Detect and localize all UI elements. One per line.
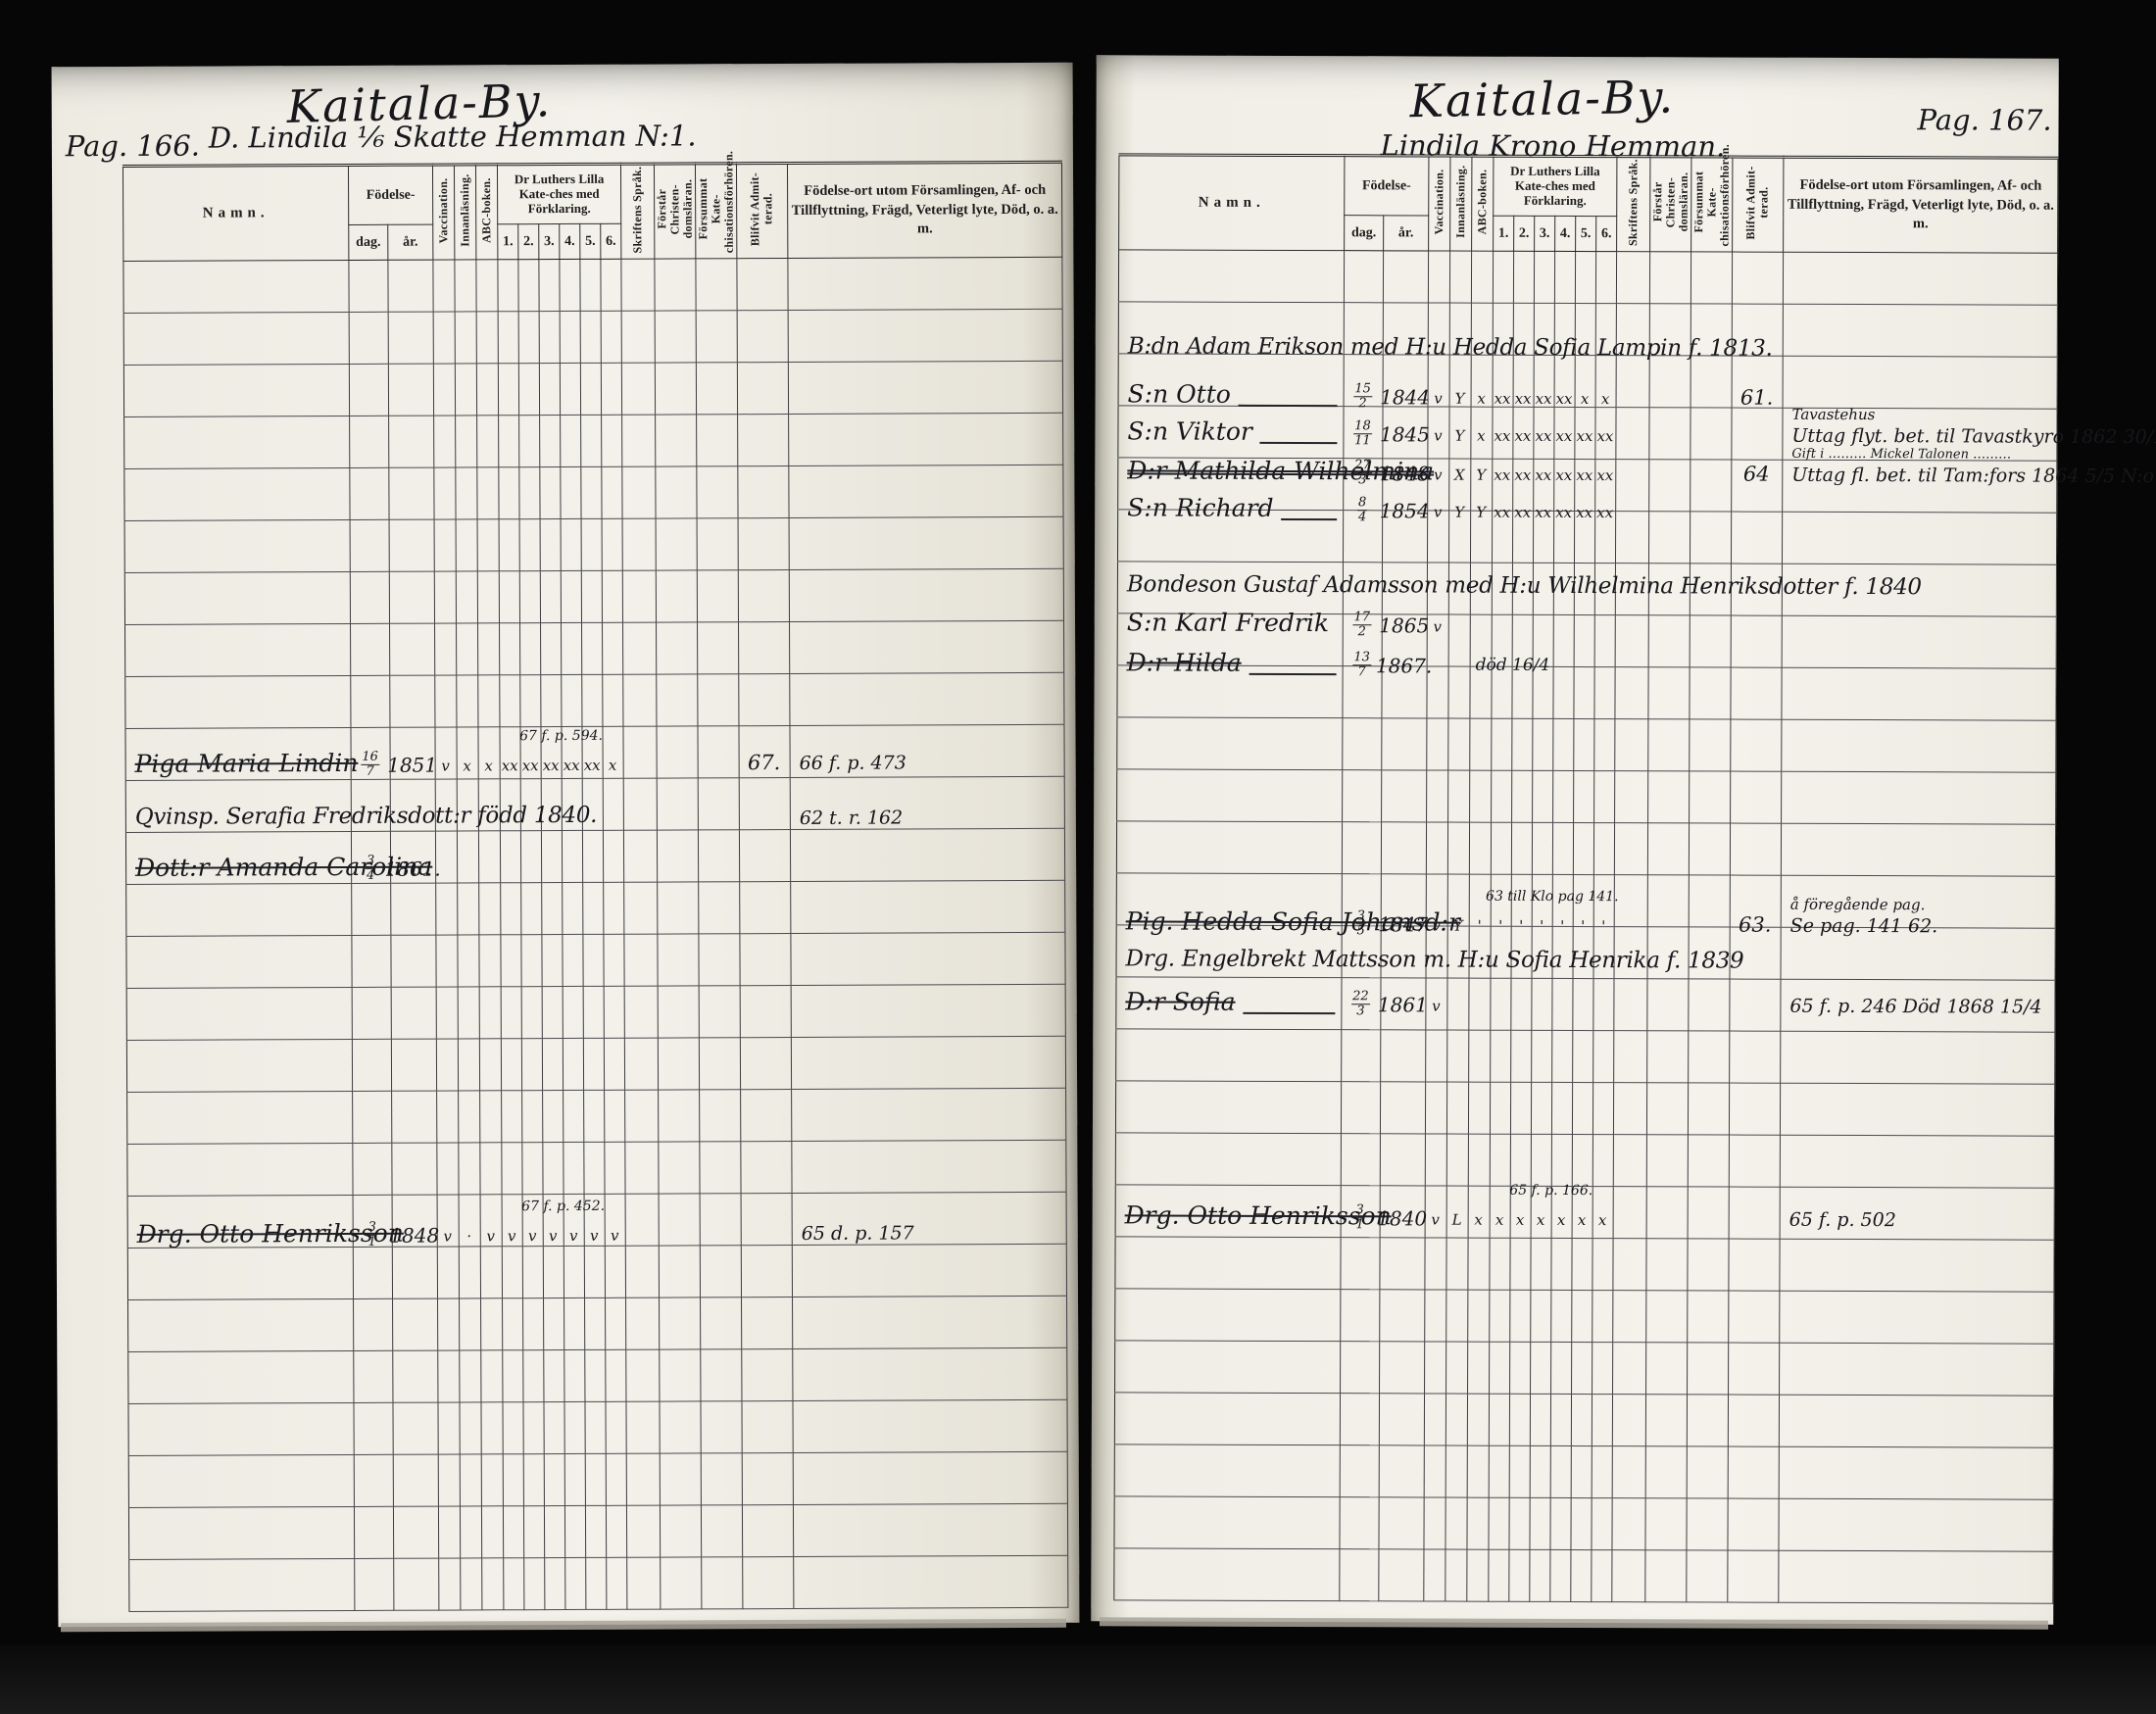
table-row bbox=[127, 1244, 1066, 1299]
grid-cell bbox=[523, 1454, 544, 1506]
grid-cell bbox=[518, 260, 539, 312]
grid-cell bbox=[603, 674, 623, 726]
grid-cell bbox=[1730, 1031, 1781, 1083]
grid-cell bbox=[391, 987, 436, 1039]
entry-kat-note: 67 f. p. 452. bbox=[521, 1200, 605, 1215]
grid-cell bbox=[476, 260, 498, 312]
grid-cell bbox=[738, 415, 789, 466]
grid-cell bbox=[606, 1349, 626, 1401]
grid-cell bbox=[563, 934, 583, 986]
grid-cell bbox=[127, 1247, 353, 1299]
grid-cell bbox=[392, 1247, 437, 1298]
grid-cell bbox=[1690, 512, 1732, 563]
grid-cell bbox=[128, 1506, 354, 1559]
grid-cell bbox=[659, 1142, 700, 1194]
grid-cell bbox=[1468, 1082, 1490, 1134]
grid-cell bbox=[1646, 1291, 1688, 1343]
forstar-label: Förstår Christen-domsläran. bbox=[656, 165, 695, 253]
grid-cell bbox=[1779, 1498, 2053, 1551]
grid-cell bbox=[699, 882, 740, 934]
grid-cell bbox=[742, 1348, 793, 1400]
grid-cell bbox=[502, 1247, 522, 1298]
grid-cell bbox=[701, 1401, 742, 1453]
grid-cell bbox=[124, 519, 350, 572]
grid-cell bbox=[738, 466, 789, 518]
grid-cell bbox=[1533, 718, 1553, 770]
grid-cell bbox=[737, 363, 788, 415]
grid-cell bbox=[565, 1557, 586, 1609]
grid-cell bbox=[585, 1401, 606, 1453]
grid-cell bbox=[439, 1558, 461, 1610]
grid-cell bbox=[657, 726, 698, 778]
blifvit-label: Blifvit Admit-terad. bbox=[1745, 159, 1772, 247]
grid-cell bbox=[743, 1556, 794, 1608]
grid-cell bbox=[1115, 1237, 1341, 1290]
grid-cell bbox=[520, 831, 541, 883]
grid-cell bbox=[627, 1505, 661, 1557]
grid-cell bbox=[1426, 1030, 1447, 1082]
grid-cell bbox=[561, 570, 581, 622]
grid-cell bbox=[436, 883, 458, 935]
grid-cell bbox=[699, 934, 740, 986]
handwritten-overlay-left: Piga Maria Lindin1671851vxxxxxxxxxxxxx67… bbox=[52, 63, 1073, 68]
grid-cell bbox=[126, 883, 352, 936]
grid-cell bbox=[543, 1091, 563, 1143]
entry-mark: x bbox=[1537, 1212, 1545, 1229]
grid-cell bbox=[657, 778, 698, 830]
grid-cell bbox=[1426, 822, 1447, 874]
grid-cell bbox=[460, 1298, 481, 1350]
grid-cell bbox=[1779, 1550, 2053, 1603]
grid-cell bbox=[498, 312, 518, 364]
entry-admitted: 64 bbox=[1743, 464, 1770, 486]
grid-cell bbox=[737, 311, 788, 363]
grid-cell bbox=[1490, 1290, 1510, 1342]
grid-cell bbox=[1780, 1291, 2054, 1344]
table-row bbox=[123, 309, 1062, 365]
grid-cell bbox=[1648, 615, 1690, 667]
grid-cell bbox=[698, 674, 739, 726]
table-row bbox=[1115, 1237, 2054, 1292]
grid-cell bbox=[436, 1039, 458, 1091]
grid-cell bbox=[658, 934, 699, 986]
entry-mark: v bbox=[1432, 998, 1441, 1014]
table-row bbox=[1114, 1445, 2053, 1499]
grid-cell bbox=[126, 1039, 352, 1092]
grid-cell bbox=[1379, 1497, 1424, 1549]
table-row bbox=[1115, 1081, 2054, 1136]
grid-cell bbox=[1552, 1030, 1573, 1082]
entry-mark: xx bbox=[1555, 428, 1572, 445]
grid-cell bbox=[791, 828, 1065, 881]
grid-cell bbox=[789, 568, 1063, 621]
grid-cell bbox=[1530, 1497, 1550, 1549]
grid-cell bbox=[742, 1452, 793, 1504]
grid-cell bbox=[1448, 666, 1470, 718]
grid-cell bbox=[1428, 251, 1449, 303]
grid-cell bbox=[544, 1506, 564, 1558]
record-table-right: Namn. Födelse- Vaccination. Innanläsning… bbox=[1113, 153, 2058, 1603]
table-row bbox=[124, 516, 1063, 572]
entry-mark: v bbox=[508, 1228, 516, 1245]
entry-mark: v bbox=[1434, 390, 1443, 407]
grid-cell bbox=[123, 364, 349, 416]
grid-cell bbox=[129, 1558, 355, 1611]
grid-cell bbox=[1645, 1550, 1687, 1602]
grid-cell bbox=[1380, 1082, 1425, 1134]
grid-cell bbox=[1343, 770, 1382, 822]
grid-cell bbox=[1571, 1549, 1592, 1601]
grid-cell bbox=[564, 1298, 585, 1349]
entry-mark: xx bbox=[543, 758, 560, 774]
grid-cell bbox=[737, 259, 788, 311]
kat-sub-4: 4. bbox=[1555, 217, 1576, 252]
entry-birth-year: 1847 bbox=[1378, 913, 1428, 935]
entry-birth-day: 172 bbox=[1352, 611, 1371, 638]
table-row bbox=[129, 1555, 1068, 1611]
grid-cell bbox=[789, 516, 1063, 569]
grid-cell bbox=[1615, 667, 1648, 719]
grid-cell bbox=[658, 1038, 699, 1090]
grid-cell bbox=[580, 311, 601, 363]
entry-mark: x bbox=[1581, 391, 1590, 408]
entry-mark: ' bbox=[1540, 918, 1543, 935]
grid-cell bbox=[740, 829, 791, 881]
grid-cell bbox=[478, 623, 500, 675]
grid-cell bbox=[438, 1350, 460, 1402]
grid-cell bbox=[1493, 251, 1513, 303]
table-row bbox=[1116, 1029, 2055, 1084]
grid-cell bbox=[1344, 251, 1383, 303]
grid-cell bbox=[622, 466, 656, 518]
entry-mark: x bbox=[1516, 1212, 1525, 1229]
grid-cell bbox=[436, 935, 458, 987]
entry-mark: v bbox=[441, 759, 450, 775]
grid-cell bbox=[1691, 252, 1733, 304]
entry-mark: xx bbox=[1494, 428, 1510, 445]
grid-cell bbox=[1114, 1496, 1340, 1549]
grid-cell bbox=[625, 1246, 659, 1298]
grid-cell bbox=[499, 416, 519, 467]
grid-cell bbox=[699, 986, 740, 1038]
grid-cell bbox=[1445, 1445, 1467, 1497]
entry-mark: ' bbox=[1581, 918, 1585, 935]
grid-cell bbox=[521, 935, 542, 987]
column-header-fodelse: Födelse- bbox=[1345, 156, 1429, 216]
grid-cell bbox=[456, 467, 477, 519]
grid-cell bbox=[1730, 1083, 1781, 1135]
grid-cell bbox=[354, 1402, 393, 1454]
grid-cell bbox=[790, 620, 1064, 673]
grid-cell bbox=[699, 830, 740, 882]
grid-cell bbox=[1489, 1445, 1509, 1497]
table-row bbox=[126, 984, 1065, 1040]
grid-cell bbox=[1445, 1497, 1467, 1549]
grid-cell bbox=[1688, 1343, 1729, 1395]
entry-mark: xx bbox=[1555, 467, 1572, 484]
grid-cell bbox=[479, 883, 501, 935]
entry-mark: xx bbox=[1535, 428, 1551, 445]
grid-cell bbox=[1341, 1342, 1380, 1394]
grid-cell bbox=[788, 361, 1062, 414]
entry-mark: xx bbox=[1596, 505, 1613, 521]
grid-cell bbox=[1553, 614, 1574, 666]
grid-cell bbox=[1571, 1497, 1592, 1549]
grid-cell bbox=[1645, 1446, 1687, 1498]
record-table-left-wrap: Namn. Födelse- Vaccination. Innanläsning… bbox=[122, 161, 1069, 1612]
vaccination-label: Vaccination. bbox=[437, 177, 450, 243]
entry-mark: xx bbox=[1494, 505, 1510, 521]
grid-cell bbox=[391, 1039, 436, 1091]
grid-cell bbox=[1648, 771, 1690, 823]
grid-cell bbox=[1572, 1342, 1592, 1394]
entry-mark: v bbox=[549, 1228, 558, 1245]
grid-cell bbox=[585, 1505, 606, 1557]
entry-mark: xx bbox=[1494, 467, 1510, 484]
grid-cell bbox=[605, 1090, 625, 1142]
table-row bbox=[126, 880, 1065, 936]
entry-mark: xx bbox=[1556, 391, 1573, 408]
grid-cell bbox=[602, 518, 622, 570]
page-right: Kaitala-By. Lindila Krono Hemman. Pag. 1… bbox=[1091, 55, 2059, 1624]
entry-mark: v bbox=[486, 1228, 495, 1245]
grid-cell bbox=[522, 1247, 543, 1298]
grid-cell bbox=[1470, 770, 1492, 822]
grid-cell bbox=[1340, 1497, 1379, 1549]
grid-cell bbox=[455, 260, 476, 312]
entry-birth-day: 35 bbox=[1356, 909, 1366, 937]
grid-cell bbox=[626, 1453, 660, 1505]
grid-cell bbox=[434, 519, 456, 571]
grid-cell bbox=[697, 415, 738, 466]
grid-cell bbox=[519, 571, 540, 623]
grid-cell bbox=[1531, 1238, 1551, 1290]
grid-cell bbox=[1379, 1445, 1424, 1497]
grid-cell bbox=[1728, 1446, 1779, 1498]
table-row bbox=[128, 1296, 1067, 1351]
table-row bbox=[1115, 1341, 2054, 1396]
grid-cell bbox=[604, 1038, 624, 1090]
kat-sub-3: 3. bbox=[1535, 216, 1555, 251]
grid-cell bbox=[741, 1193, 792, 1245]
forsummat-label: Försummat Kate-chisationsförhören. bbox=[697, 165, 736, 253]
grid-cell bbox=[659, 1090, 700, 1142]
entry-mark: xx bbox=[1514, 467, 1531, 484]
grid-cell bbox=[742, 1297, 793, 1348]
abc-label: ABC-boken. bbox=[480, 177, 493, 243]
grid-cell bbox=[1612, 1446, 1645, 1498]
record-table-left: Namn. Födelse- Vaccination. Innanläsning… bbox=[122, 161, 1069, 1612]
grid-cell bbox=[1532, 822, 1552, 874]
column-header-note: Födelse-ort utom Församlingen, Af- och T… bbox=[1784, 157, 2058, 253]
entry-mark: xx bbox=[1596, 467, 1613, 484]
grid-cell bbox=[625, 1142, 659, 1194]
grid-cell bbox=[1490, 1082, 1510, 1134]
grid-cell bbox=[1646, 1135, 1688, 1187]
grid-cell bbox=[435, 675, 457, 727]
grid-cell bbox=[1688, 1291, 1729, 1343]
kat-sub-1: 1. bbox=[1494, 216, 1514, 251]
column-header-namn: Namn. bbox=[1119, 155, 1345, 251]
grid-cell bbox=[624, 882, 658, 934]
grid-cell bbox=[1116, 1029, 1342, 1082]
entry-name: Qvinsp. Serafia Fredriksdott:r född 1840… bbox=[135, 804, 597, 830]
grid-cell bbox=[128, 1350, 354, 1403]
grid-cell bbox=[1782, 615, 2056, 668]
grid-cell bbox=[540, 571, 561, 623]
grid-cell bbox=[1593, 979, 1614, 1031]
entry-birth-year: 1851 bbox=[387, 755, 437, 776]
grid-cell bbox=[539, 260, 560, 312]
grid-cell bbox=[697, 466, 738, 518]
grid-cell bbox=[606, 1505, 626, 1557]
grid-cell bbox=[1470, 718, 1492, 770]
grid-cell bbox=[1647, 1083, 1689, 1135]
column-header-dag: dag. bbox=[349, 224, 388, 260]
grid-cell bbox=[456, 571, 477, 623]
grid-cell bbox=[604, 986, 624, 1038]
grid-cell bbox=[1448, 718, 1470, 770]
grid-cell bbox=[623, 674, 657, 726]
entry-birth-year: 1848 bbox=[389, 1225, 439, 1247]
grid-cell bbox=[582, 830, 603, 882]
grid-cell bbox=[698, 726, 739, 778]
grid-cell bbox=[433, 260, 455, 312]
grid-cell bbox=[1780, 1239, 2054, 1292]
grid-cell bbox=[1509, 1497, 1530, 1549]
grid-cell bbox=[350, 467, 389, 519]
grid-cell bbox=[499, 467, 519, 519]
grid-cell bbox=[1616, 460, 1649, 512]
entry-rule-tail bbox=[1259, 442, 1337, 444]
grid-cell bbox=[460, 1350, 481, 1402]
grid-cell bbox=[562, 674, 582, 726]
grid-cell bbox=[1531, 1290, 1551, 1342]
grid-cell bbox=[123, 260, 349, 313]
grid-cell bbox=[457, 675, 478, 727]
grid-cell bbox=[355, 1558, 394, 1610]
table-row bbox=[123, 257, 1062, 313]
grid-cell bbox=[1615, 615, 1648, 667]
grid-cell bbox=[1341, 1082, 1380, 1134]
grid-cell bbox=[1446, 1290, 1468, 1342]
grid-cell bbox=[125, 623, 351, 676]
grid-cell bbox=[1445, 1394, 1467, 1445]
grid-cell bbox=[789, 413, 1063, 465]
entry-mark: v bbox=[443, 1229, 452, 1246]
column-header-vaccination: Vaccination. bbox=[1429, 156, 1450, 251]
grid-cell bbox=[477, 416, 499, 467]
grid-cell bbox=[433, 364, 455, 416]
grid-cell bbox=[457, 623, 478, 675]
grid-cell bbox=[350, 416, 389, 467]
grid-cell bbox=[1650, 252, 1691, 304]
grid-cell bbox=[349, 364, 388, 416]
grid-cell bbox=[602, 415, 622, 466]
grid-cell bbox=[1690, 667, 1731, 719]
grid-cell bbox=[743, 1504, 794, 1556]
grid-cell bbox=[793, 1451, 1067, 1504]
grid-cell bbox=[660, 1453, 701, 1505]
grid-cell bbox=[1647, 823, 1689, 875]
grid-cell bbox=[1688, 1239, 1729, 1291]
column-header-abc: ABC-boken. bbox=[475, 165, 497, 260]
grid-cell bbox=[1649, 356, 1690, 408]
table-body-left bbox=[123, 257, 1068, 1611]
grid-cell bbox=[1115, 1341, 1341, 1394]
table-row bbox=[124, 413, 1063, 468]
table-row bbox=[128, 1451, 1067, 1507]
grid-cell bbox=[1511, 1030, 1532, 1082]
column-header-abc: ABC-boken. bbox=[1472, 156, 1494, 251]
grid-cell bbox=[522, 1143, 543, 1195]
entry-mark: x bbox=[1474, 1212, 1483, 1229]
grid-cell bbox=[656, 415, 697, 466]
grid-cell bbox=[584, 1090, 605, 1142]
entry-note: Se pag. 141 62. bbox=[1790, 916, 1938, 937]
table-row bbox=[1117, 717, 2056, 772]
grid-cell bbox=[623, 622, 657, 674]
grid-cell bbox=[606, 1453, 626, 1505]
entry-note: 65 d. p. 157 bbox=[802, 1223, 914, 1244]
grid-cell bbox=[791, 984, 1065, 1037]
entry-mark: xx bbox=[1514, 428, 1531, 445]
grid-cell bbox=[1647, 1031, 1689, 1083]
grid-cell bbox=[501, 935, 521, 987]
entry-birth-day: 152 bbox=[1353, 382, 1372, 410]
grid-cell bbox=[625, 1090, 659, 1142]
grid-cell bbox=[584, 1246, 605, 1298]
entry-mark: Y bbox=[1453, 918, 1463, 935]
grid-cell bbox=[792, 1088, 1066, 1141]
grid-cell bbox=[585, 1453, 606, 1505]
entry-mark: v bbox=[1434, 466, 1443, 483]
grid-cell bbox=[1383, 251, 1428, 303]
table-row bbox=[123, 361, 1062, 416]
entry-name: D:r Hilda bbox=[1127, 649, 1242, 676]
column-header-katekes: Dr Luthers Lilla Kate-ches med Förklarin… bbox=[1494, 156, 1617, 217]
grid-cell bbox=[438, 1454, 460, 1506]
grid-cell bbox=[1647, 875, 1689, 927]
grid-cell bbox=[1341, 1134, 1380, 1186]
grid-cell bbox=[501, 987, 521, 1039]
entry-name: Piga Maria Lindin bbox=[135, 750, 359, 777]
entry-mark: xx bbox=[1514, 505, 1531, 521]
grid-cell bbox=[353, 1143, 392, 1195]
grid-cell bbox=[607, 1557, 627, 1609]
grid-cell bbox=[524, 1558, 545, 1610]
grid-cell bbox=[436, 987, 458, 1039]
table-row bbox=[124, 465, 1063, 520]
entry-birth-day: 1811 bbox=[1353, 419, 1372, 447]
grid-cell bbox=[539, 364, 560, 416]
kat-sub-5: 5. bbox=[580, 223, 601, 259]
page-number-left: Pag. 166. bbox=[66, 131, 200, 163]
grid-cell bbox=[1616, 408, 1649, 460]
grid-cell bbox=[792, 1244, 1066, 1297]
entry-birth-day: 84 bbox=[1357, 496, 1367, 523]
entry-name: D:r Sofia bbox=[1125, 988, 1235, 1015]
grid-cell bbox=[1732, 512, 1783, 563]
grid-cell bbox=[504, 1558, 524, 1610]
grid-cell bbox=[350, 571, 389, 623]
entry-mark: ' bbox=[1478, 918, 1482, 935]
grid-cell bbox=[456, 416, 477, 467]
entry-birth-day: 31 bbox=[367, 1221, 377, 1249]
grid-cell bbox=[1614, 875, 1647, 927]
innanlasning-label: Innanläsning. bbox=[1454, 165, 1467, 237]
grid-cell bbox=[1491, 822, 1511, 874]
